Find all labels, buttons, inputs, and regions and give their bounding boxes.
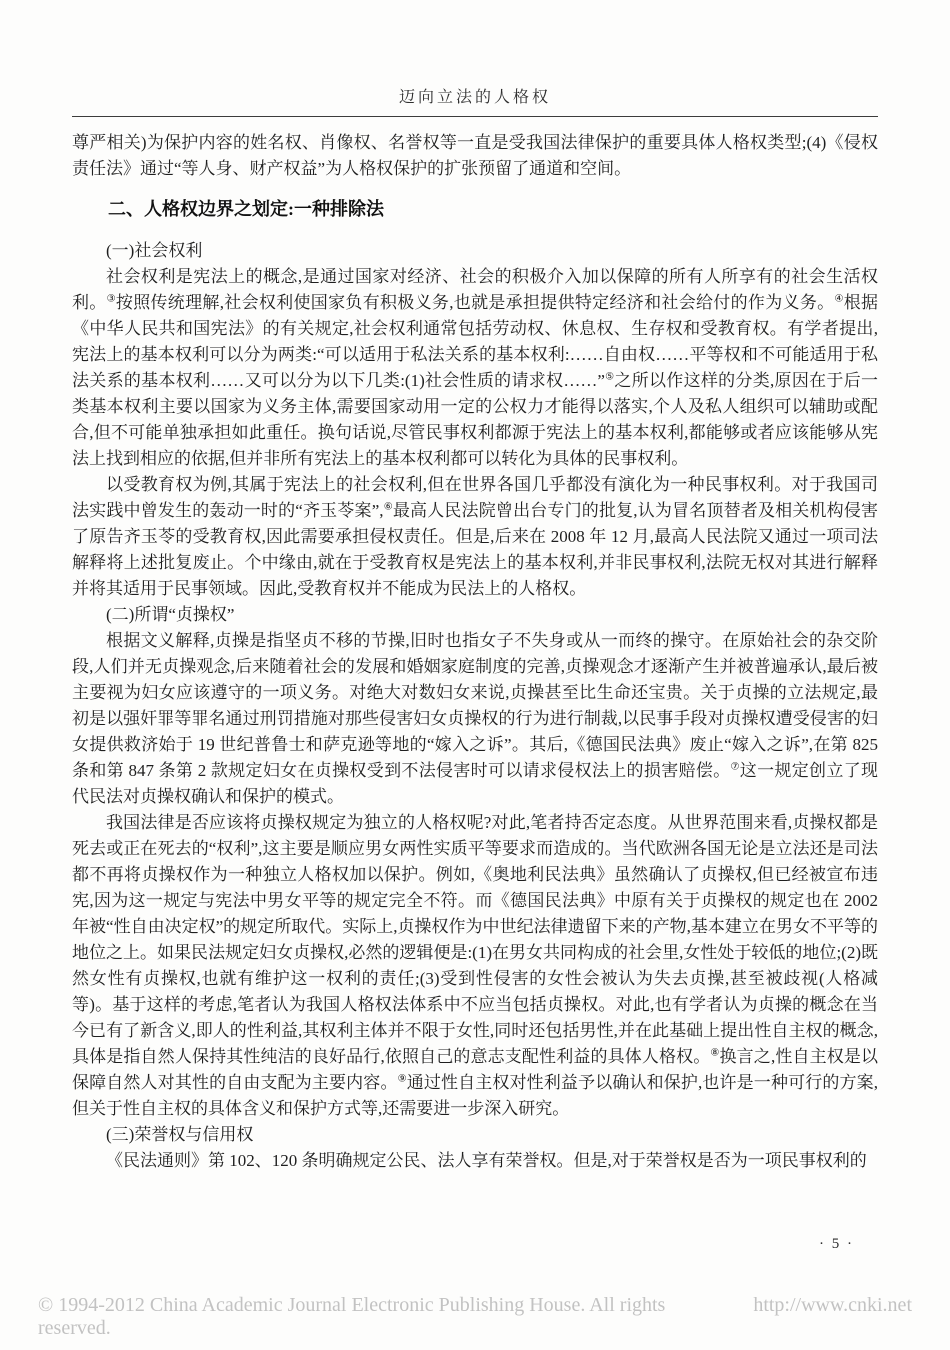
subsection-title-chastity-right: (二)所谓“贞操权”	[72, 602, 878, 628]
paper-page: 迈向立法的人格权 尊严相关)为保护内容的姓名权、肖像权、名誉权等一直是受我国法律…	[0, 0, 950, 1350]
paragraph-social-rights-2: 以受教育权为例,其属于宪法上的社会权利,但在世界各国几乎都没有演化为一种民事权利…	[72, 472, 878, 602]
footer-url: http://www.cnki.net	[753, 1294, 912, 1317]
subsection-title-social-rights: (一)社会权利	[72, 238, 878, 264]
footer-watermark: © 1994-2012 China Academic Journal Elect…	[38, 1294, 912, 1340]
subsection-title-honor-credit: (三)荣誉权与信用权	[72, 1122, 878, 1148]
running-head-title: 迈向立法的人格权	[72, 84, 878, 107]
footer-copyright: © 1994-2012 China Academic Journal Elect…	[38, 1294, 723, 1340]
paragraph-social-rights-1: 社会权利是宪法上的概念,是通过国家对经济、社会的积极介入加以保障的所有人所享有的…	[72, 264, 878, 472]
paragraph-honor-credit-1: 《民法通则》第 102、120 条明确规定公民、法人享有荣誉权。但是,对于荣誉权…	[72, 1148, 878, 1174]
article-body: 尊严相关)为保护内容的姓名权、肖像权、名誉权等一直是受我国法律保护的重要具体人格…	[72, 130, 878, 1174]
paragraph-chastity-1: 根据文义解释,贞操是指坚贞不移的节操,旧时也指女子不失身或从一而终的操守。在原始…	[72, 628, 878, 810]
page-number: · 5 ·	[819, 1236, 854, 1253]
paragraph-chastity-2: 我国法律是否应该将贞操权规定为独立的人格权呢?对此,笔者持否定态度。从世界范围来…	[72, 810, 878, 1122]
header-rule	[72, 116, 878, 117]
paragraph-intro-continuation: 尊严相关)为保护内容的姓名权、肖像权、名誉权等一直是受我国法律保护的重要具体人格…	[72, 130, 878, 182]
section-heading: 二、人格权边界之划定:一种排除法	[72, 196, 878, 223]
